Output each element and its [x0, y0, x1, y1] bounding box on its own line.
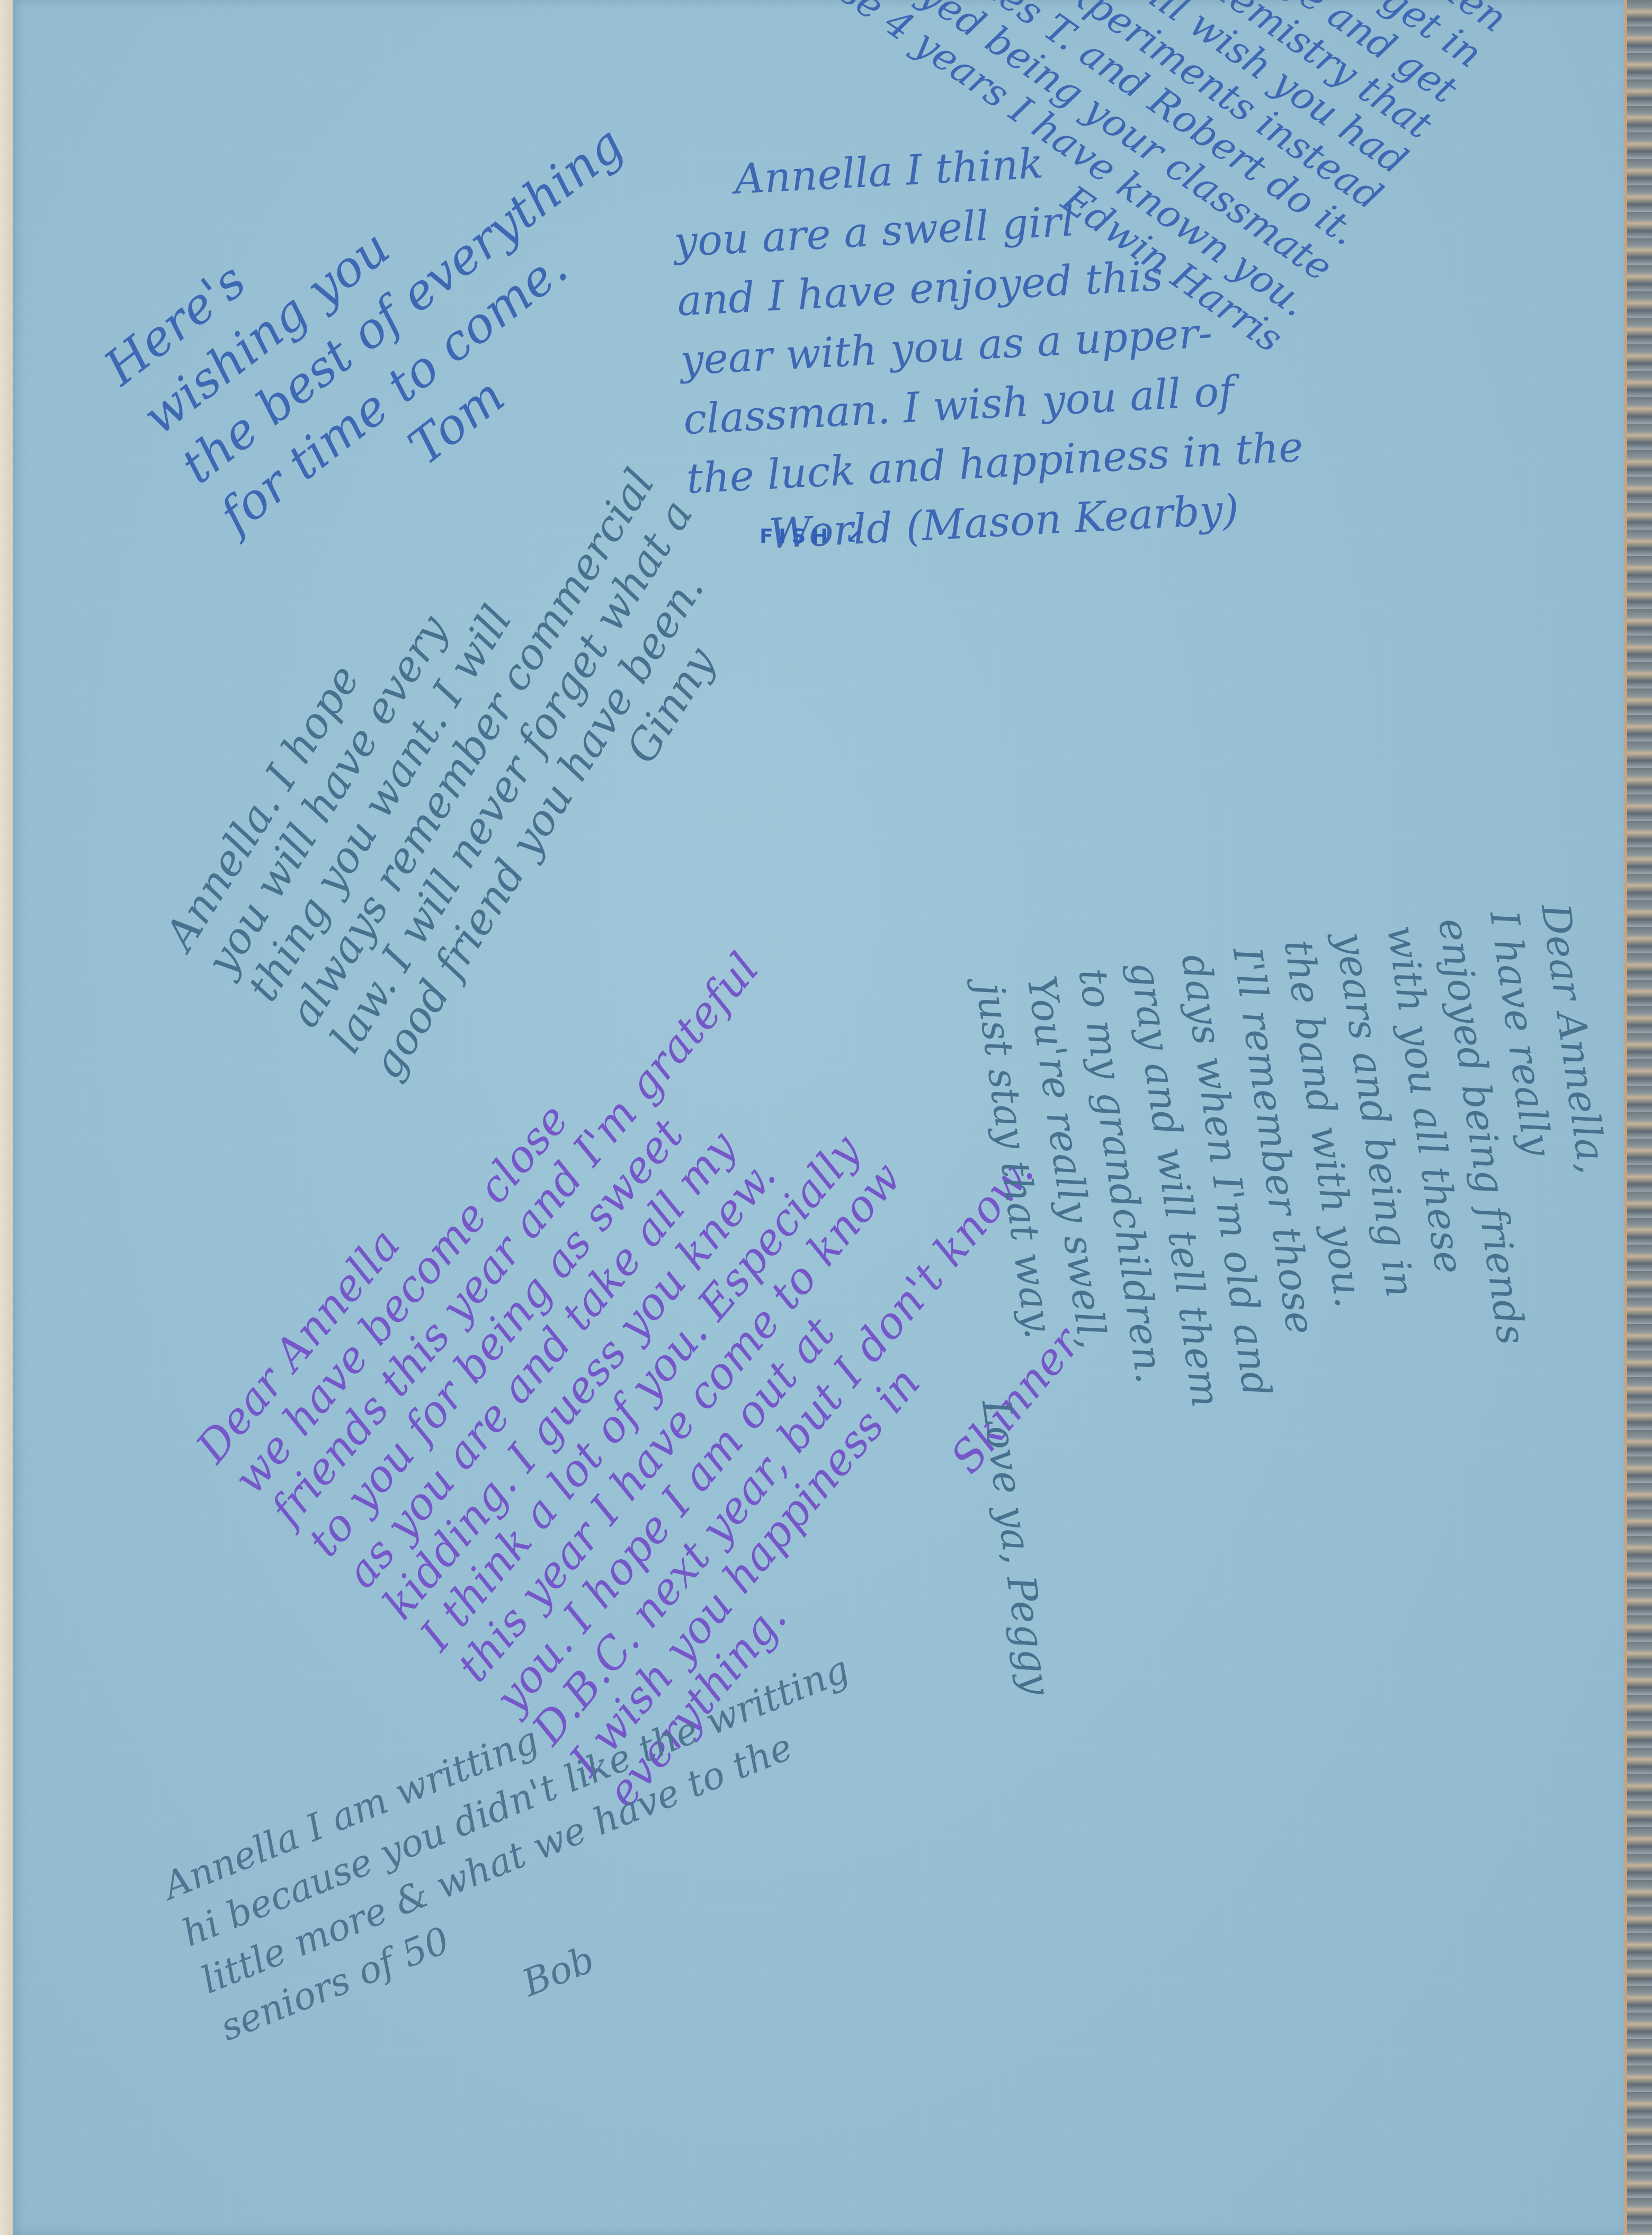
autograph-page: Here's wishing you the best of everythin…: [13, 0, 1625, 2235]
arrow-down-left-icon: ↙: [846, 524, 868, 548]
fish-label: FISH: [760, 524, 833, 548]
book-binding: [1627, 0, 1652, 2235]
page-left-edge: [0, 0, 13, 2235]
note-peggy: Dear Annella, I have really enjoyed bein…: [912, 900, 1652, 1698]
fish-tag: FISH ↙: [760, 524, 868, 548]
